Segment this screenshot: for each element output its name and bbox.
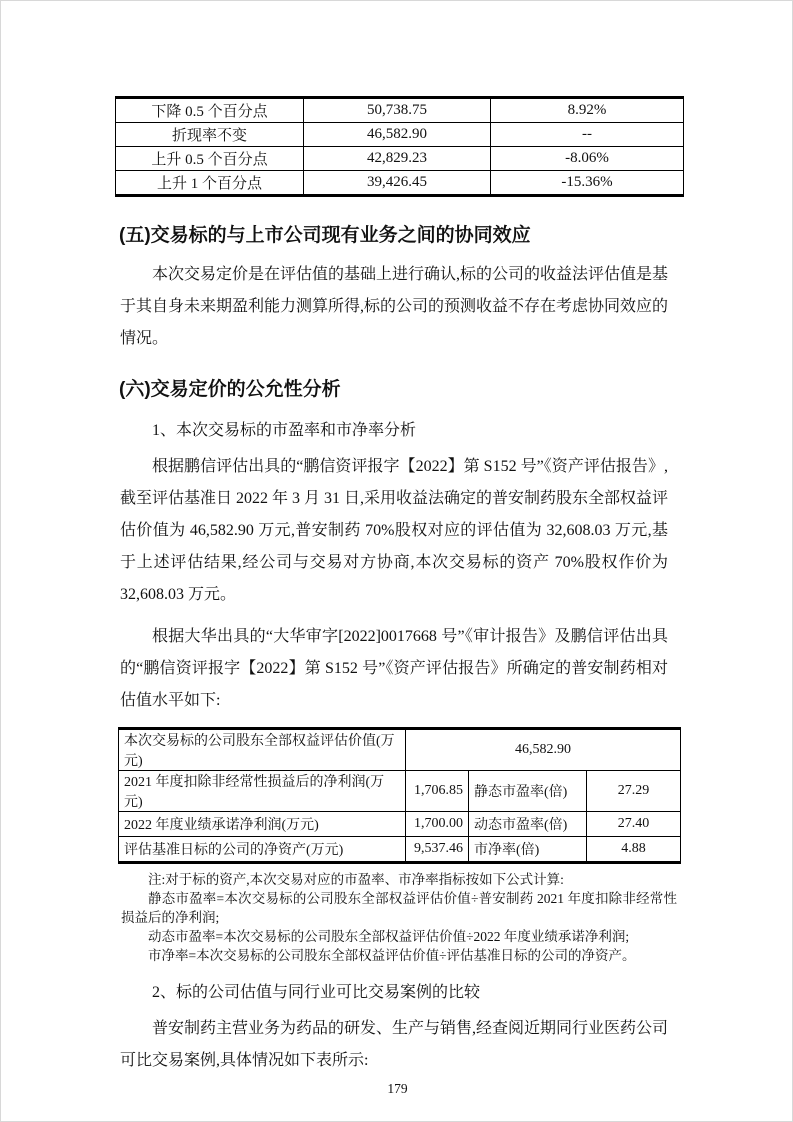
value-cell: 39,426.45: [304, 171, 491, 196]
metric-label-cell: 2021 年度扣除非经常性损益后的净利润(万元): [119, 771, 406, 812]
change-cell: -15.36%: [491, 171, 684, 196]
ratio-label-cell: 市净率(倍): [469, 837, 587, 863]
metric-value-cell: 46,582.90: [406, 729, 681, 771]
ratio-value-cell: 4.88: [587, 837, 681, 863]
metric-label-cell: 评估基准日标的公司的净资产(万元): [119, 837, 406, 863]
ratio-value-cell: 27.40: [587, 812, 681, 837]
table-row: 2022 年度业绩承诺净利润(万元) 1,700.00 动态市盈率(倍) 27.…: [119, 812, 681, 837]
metric-label-cell: 2022 年度业绩承诺净利润(万元): [119, 812, 406, 837]
table-row: 评估基准日标的公司的净资产(万元) 9,537.46 市净率(倍) 4.88: [119, 837, 681, 863]
value-cell: 46,582.90: [304, 123, 491, 147]
section-5-paragraph: 本次交易定价是在评估值的基础上进行确认,标的公司的收益法评估值是基于其自身未来期…: [120, 259, 668, 355]
value-cell: 42,829.23: [304, 147, 491, 171]
metric-value-cell: 9,537.46: [406, 837, 469, 863]
note-line: 动态市盈率=本次交易标的公司股东全部权益评估价值÷2022 年度业绩承诺净利润;: [121, 927, 677, 946]
audit-report-paragraph: 根据大华出具的“大华审字[2022]0017668 号”《审计报告》及鹏信评估出…: [120, 621, 668, 717]
document-page: 下降 0.5 个百分点 50,738.75 8.92% 折现率不变 46,582…: [0, 0, 793, 1122]
ratio-label-cell: 动态市盈率(倍): [469, 812, 587, 837]
list-item-1: 1、本次交易标的市盈率和市净率分析: [120, 415, 668, 447]
comparison-paragraph: 普安制药主营业务为药品的研发、生产与销售,经查阅近期同行业医药公司可比交易案例,…: [120, 1013, 668, 1077]
ratio-label-cell: 静态市盈率(倍): [469, 771, 587, 812]
discount-rate-sensitivity-table: 下降 0.5 个百分点 50,738.75 8.92% 折现率不变 46,582…: [115, 96, 684, 197]
change-cell: --: [491, 123, 684, 147]
scenario-cell: 上升 1 个百分点: [116, 171, 304, 196]
scenario-cell: 下降 0.5 个百分点: [116, 98, 304, 123]
table-notes: 注:对于标的资产,本次交易对应的市盈率、市净率指标按如下公式计算: 静态市盈率=…: [121, 870, 677, 965]
metric-value-cell: 1,706.85: [406, 771, 469, 812]
section-5-heading: (五)交易标的与上市公司现有业务之间的协同效应: [119, 223, 679, 249]
note-line: 注:对于标的资产,本次交易对应的市盈率、市净率指标按如下公式计算:: [121, 870, 677, 889]
change-cell: 8.92%: [491, 98, 684, 123]
table-row: 上升 1 个百分点 39,426.45 -15.36%: [116, 171, 684, 196]
note-line: 市净率=本次交易标的公司股东全部权益评估价值÷评估基准日标的公司的净资产。: [121, 946, 677, 965]
scenario-cell: 折现率不变: [116, 123, 304, 147]
table-row: 下降 0.5 个百分点 50,738.75 8.92%: [116, 98, 684, 123]
metric-label-cell: 本次交易标的公司股东全部权益评估价值(万元): [119, 729, 406, 771]
table-row: 2021 年度扣除非经常性损益后的净利润(万元) 1,706.85 静态市盈率(…: [119, 771, 681, 812]
scenario-cell: 上升 0.5 个百分点: [116, 147, 304, 171]
list-item-2: 2、标的公司估值与同行业可比交易案例的比较: [120, 977, 668, 1009]
table-row: 折现率不变 46,582.90 --: [116, 123, 684, 147]
note-line: 静态市盈率=本次交易标的公司股东全部权益评估价值÷普安制药 2021 年度扣除非…: [121, 889, 677, 927]
valuation-metrics-table: 本次交易标的公司股东全部权益评估价值(万元) 46,582.90 2021 年度…: [118, 727, 681, 864]
table-row: 上升 0.5 个百分点 42,829.23 -8.06%: [116, 147, 684, 171]
metric-value-cell: 1,700.00: [406, 812, 469, 837]
table-row: 本次交易标的公司股东全部权益评估价值(万元) 46,582.90: [119, 729, 681, 771]
page-number: 179: [1, 1081, 793, 1097]
valuation-paragraph: 根据鹏信评估出具的“鹏信资评报字【2022】第 S152 号”《资产评估报告》,…: [120, 451, 668, 611]
section-6-heading: (六)交易定价的公允性分析: [119, 377, 679, 403]
value-cell: 50,738.75: [304, 98, 491, 123]
change-cell: -8.06%: [491, 147, 684, 171]
ratio-value-cell: 27.29: [587, 771, 681, 812]
